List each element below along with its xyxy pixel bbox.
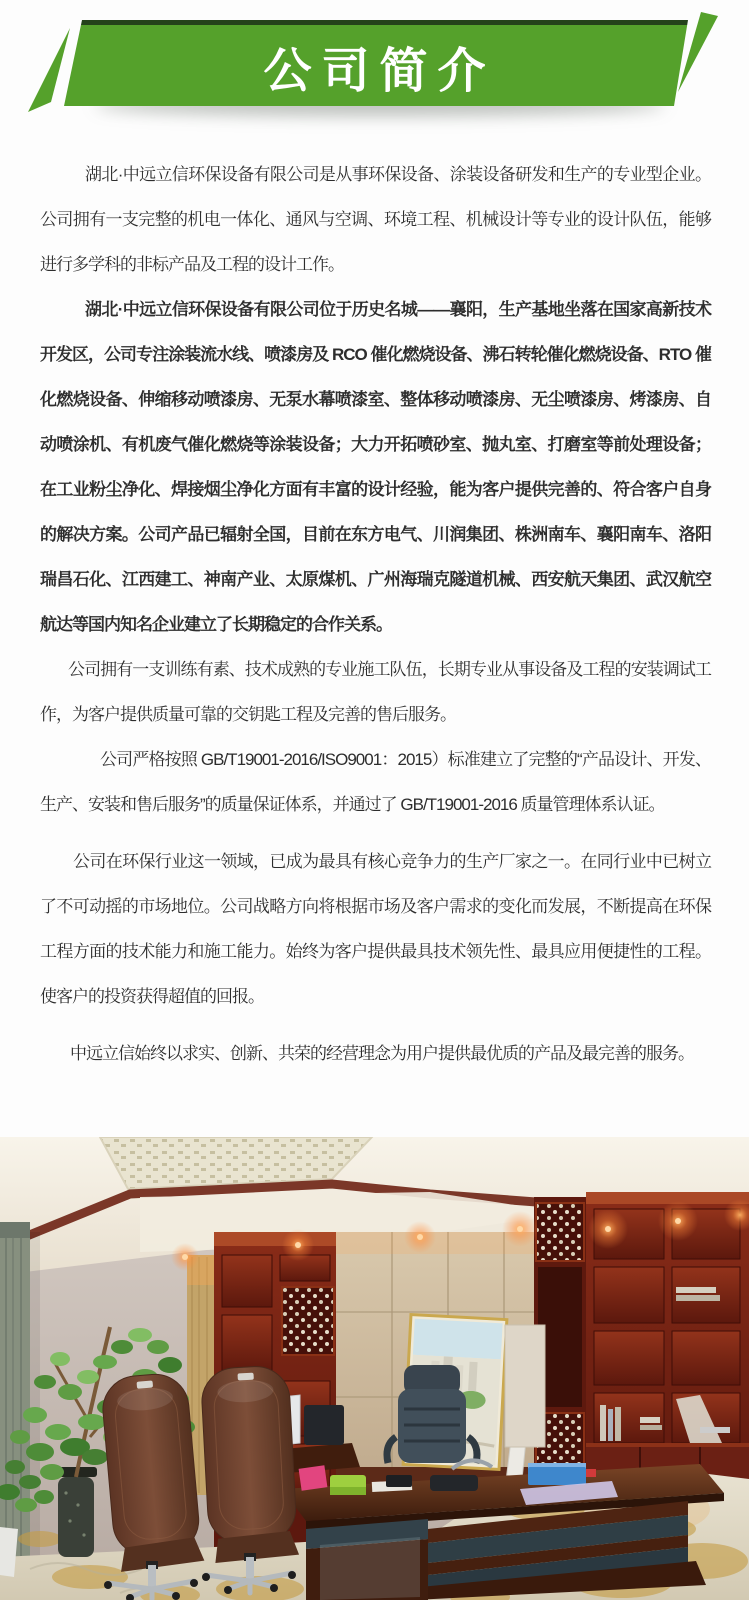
paragraph-3: 公司拥有一支训练有素、技术成熟的专业施工队伍，长期专业从事设备及工程的安装调试工…: [40, 647, 711, 737]
lattice-panel-left: [282, 1287, 334, 1355]
blank-frame: [505, 1325, 545, 1447]
curtain: [0, 1222, 40, 1572]
paragraph-5: 公司在环保行业这一领域，已成为最具有核心竞争力的生产厂家之一。在同行业中已树立了…: [40, 839, 711, 1019]
desk-phone: [386, 1475, 412, 1487]
office-interior-photo: [0, 1137, 749, 1600]
plant-vase: [58, 1477, 94, 1557]
paragraph-2: 湖北·中远立信环保设备有限公司位于历史名城——襄阳，生产基地坐落在国家高新技术开…: [40, 287, 711, 647]
company-intro-text: 湖北·中远立信环保设备有限公司是从事环保设备、涂装设备研发和生产的专业型企业。公…: [0, 138, 749, 1076]
paragraph-4: 公司严格按照 GB/T19001-2016/ISO9001：2015）标准建立了…: [40, 737, 711, 827]
section-header: 公司简介: [0, 0, 749, 138]
blue-file-box: [528, 1467, 586, 1485]
page-title: 公司简介: [0, 32, 749, 101]
company-profile-page: 公司简介 湖北·中远立信环保设备有限公司是从事环保设备、涂装设备研发和生产的专业…: [0, 0, 749, 1600]
lattice-panel-top: [536, 1203, 584, 1261]
pink-folder: [299, 1465, 328, 1490]
paragraph-6: 中远立信始终以求实、创新、共荣的经营理念为用户提供最优质的产品及最完善的服务。: [40, 1031, 711, 1076]
paragraph-1: 湖北·中远立信环保设备有限公司是从事环保设备、涂装设备研发和生产的专业型企业。公…: [40, 152, 711, 287]
printer: [304, 1405, 344, 1445]
